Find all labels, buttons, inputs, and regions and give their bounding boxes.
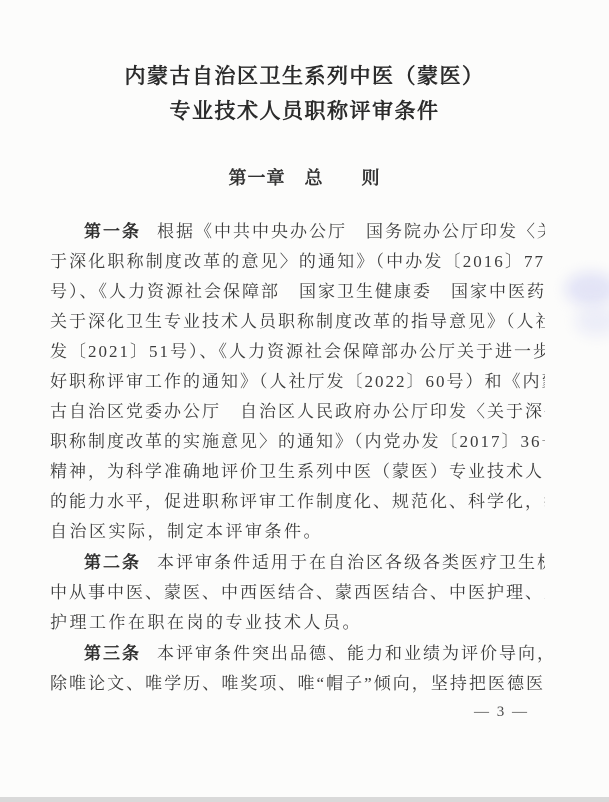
body-line: 精神，为科学准确地评价卫生系列中医（蒙医）专业技术人员 [50,457,545,487]
scan-artifact-smudge [565,272,609,306]
body-line: 古自治区党委办公厅 自治区人民政府办公厅印发〈关于深化 [50,397,545,427]
body-line: 号）、《人力资源社会保障部 国家卫生健康委 国家中医药局 [50,277,545,307]
document-body: 第一条根据《中共中央办公厅 国务院办公厅印发〈关 于深化职称制度改革的意见〉的通… [50,217,545,699]
article-3: 第三条本评审条件突出品德、能力和业绩为评价导向，破 除唯论文、唯学历、唯奖项、唯… [50,639,545,699]
article-2-first-line-text: 本评审条件适用于在自治区各级各类医疗卫生机构 [157,553,545,572]
body-line: 中从事中医、蒙医、中西医结合、蒙西医结合、中医护理、蒙医 [50,578,545,608]
article-1: 第一条根据《中共中央办公厅 国务院办公厅印发〈关 于深化职称制度改革的意见〉的通… [50,217,545,547]
article-first-line: 第三条本评审条件突出品德、能力和业绩为评价导向，破 [50,639,545,669]
body-line: 好职称评审工作的通知》（人社厅发〔2022〕60号）和《内蒙 [50,367,545,397]
article-2: 第二条本评审条件适用于在自治区各级各类医疗卫生机构 中从事中医、蒙医、中西医结合… [50,548,545,638]
chapter-heading: 第一章 总 则 [0,165,609,191]
article-first-line: 第一条根据《中共中央办公厅 国务院办公厅印发〈关 [50,217,545,247]
body-line: 发〔2021〕51号）、《人力资源社会保障部办公厅关于进一步做 [50,337,545,367]
scan-artifact-bottom-edge [0,797,609,802]
page-number: — 3 — [474,702,529,722]
body-line: 自治区实际，制定本评审条件。 [50,517,545,547]
scanned-document-page: 内蒙古自治区卫生系列中医（蒙医） 专业技术人员职称评审条件 第一章 总 则 第一… [0,0,609,802]
article-2-label: 第二条 [84,553,141,572]
body-line: 护理工作在职在岗的专业技术人员。 [50,608,545,638]
body-line: 于深化职称制度改革的意见〉的通知》（中办发〔2016〕77 [50,247,545,277]
article-1-first-line-text: 根据《中共中央办公厅 国务院办公厅印发〈关 [157,222,545,241]
body-line: 的能力水平，促进职称评审工作制度化、规范化、科学化，结合 [50,487,545,517]
document-title-line-2: 专业技术人员职称评审条件 [0,97,609,125]
article-first-line: 第二条本评审条件适用于在自治区各级各类医疗卫生机构 [50,548,545,578]
body-line: 除唯论文、唯学历、唯奖项、唯“帽子”倾向，坚持把医德医 [50,669,545,699]
article-3-first-line-text: 本评审条件突出品德、能力和业绩为评价导向，破 [157,644,545,663]
body-line: 职称制度改革的实施意见〉的通知》（内党办发〔2017〕36号） [50,427,545,457]
document-title-line-1: 内蒙古自治区卫生系列中医（蒙医） [0,62,609,90]
article-1-label: 第一条 [84,222,141,241]
body-line: 关于深化卫生专业技术人员职称制度改革的指导意见》（人社部 [50,307,545,337]
scan-artifact-smudge [575,306,609,336]
article-3-label: 第三条 [84,644,141,663]
